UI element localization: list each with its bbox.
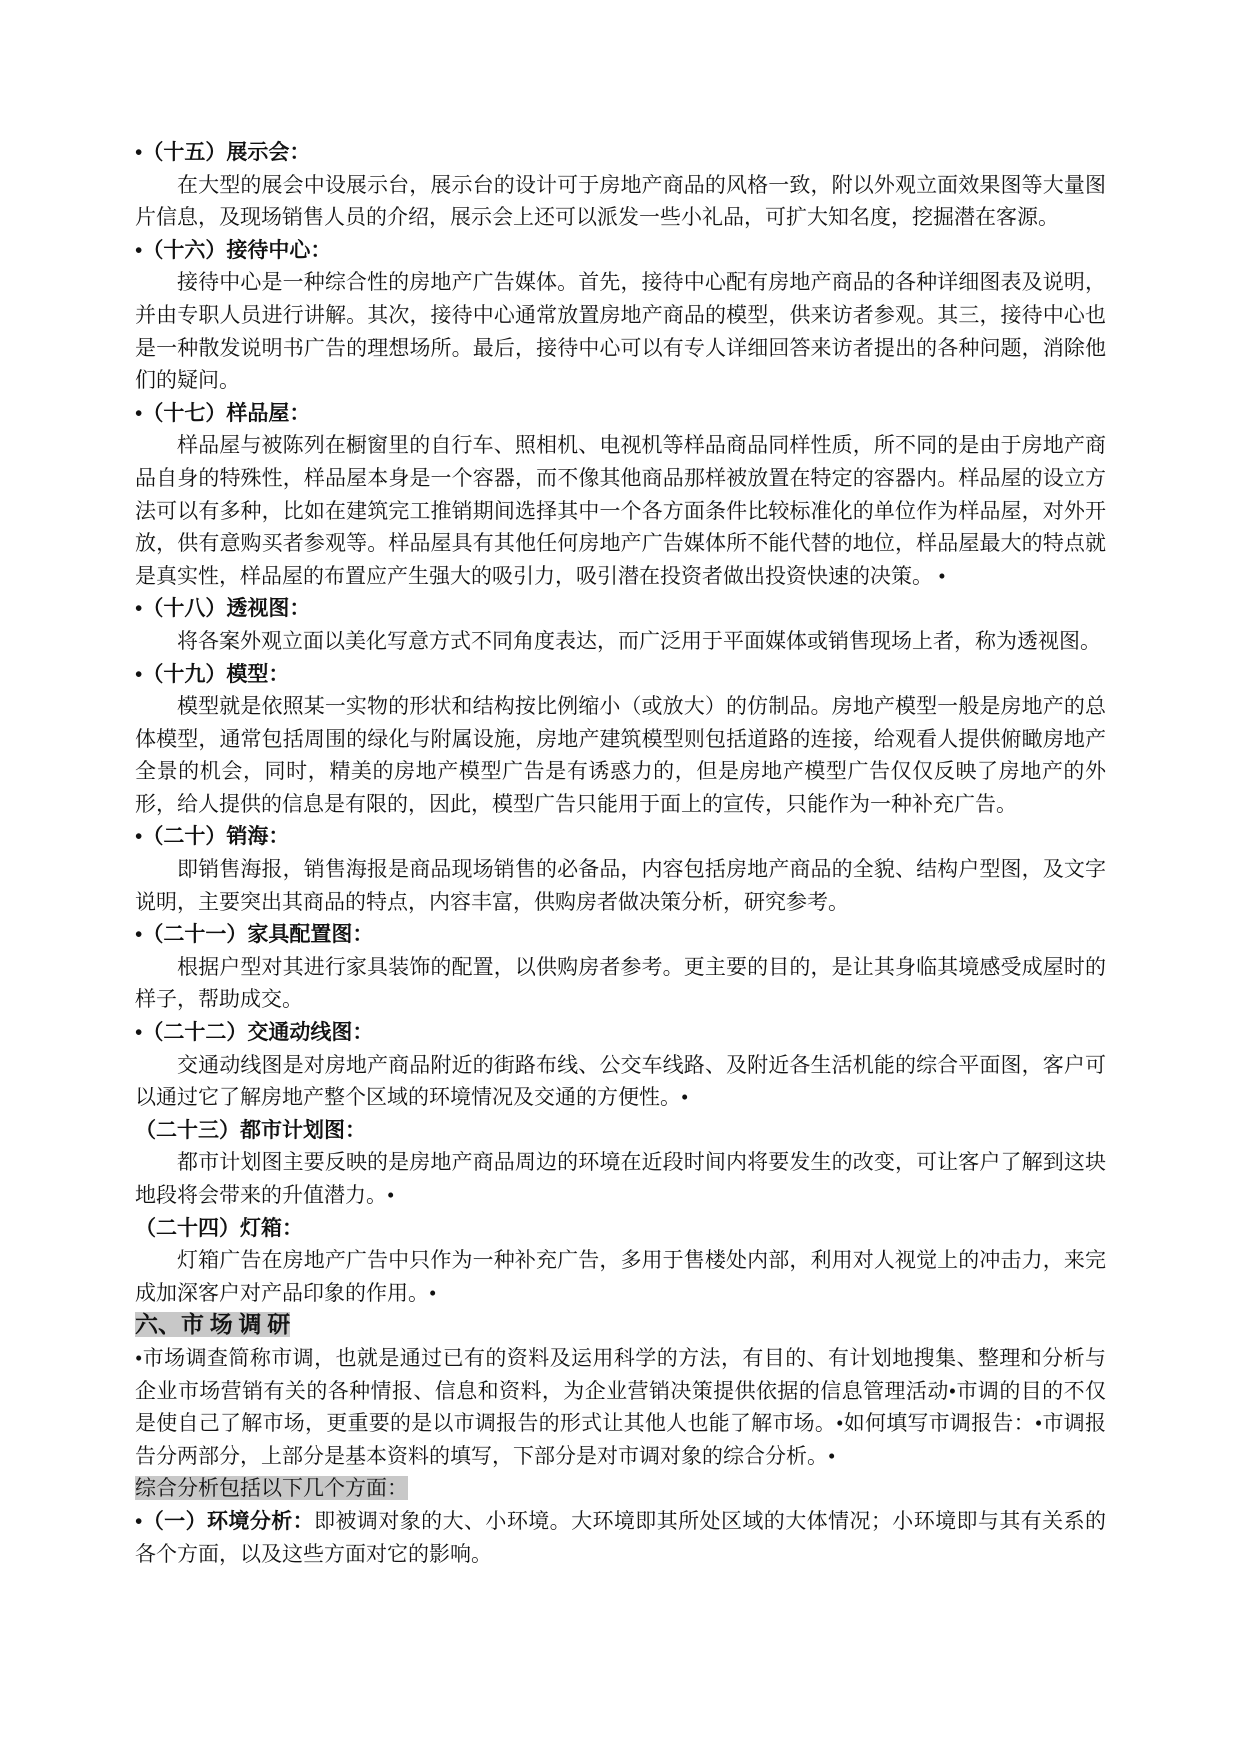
section-heading: （二十三）都市计划图： [135,1114,1106,1147]
section-heading: •（十八）透视图： [135,592,1106,625]
section-heading: •（十七）样品屋： [135,397,1106,430]
paragraph: 根据户型对其进行家具装饰的配置，以供购房者参考。更主要的目的，是让其身临其境感受… [135,951,1106,1016]
section-heading: •（十六）接待中心： [135,234,1106,267]
section-heading: •（二十二）交通动线图： [135,1016,1106,1049]
section-heading: （二十四）灯箱： [135,1212,1106,1245]
section-heading: •（二十）销海： [135,820,1106,853]
paragraph: 灯箱广告在房地产广告中只作为一种补充广告，多用于售楼处内部，利用对人视觉上的冲击… [135,1244,1106,1309]
paragraph: 都市计划图主要反映的是房地产商品周边的环境在近段时间内将要发生的改变，可让客户了… [135,1146,1106,1211]
paragraph: 交通动线图是对房地产商品附近的街路布线、公交车线路、及附近各生活机能的综合平面图… [135,1049,1106,1114]
paragraph: 即销售海报，销售海报是商品现场销售的必备品，内容包括房地产商品的全貌、结构户型图… [135,853,1106,918]
highlighted-line: 综合分析包括以下几个方面： [135,1472,1106,1505]
labeled-paragraph: •（一）环境分析：即被调对象的大、小环境。大环境即其所处区域的大体情况；小环境即… [135,1505,1106,1570]
highlighted-line-text: 综合分析包括以下几个方面： [135,1476,408,1500]
section-heading: •（二十一）家具配置图： [135,918,1106,951]
section-heading: •（十五）展示会： [135,136,1106,169]
paragraph: 样品屋与被陈列在橱窗里的自行车、照相机、电视机等样品商品同样性质，所不同的是由于… [135,429,1106,592]
paragraph: 将各案外观立面以美化写意方式不同角度表达，而广泛用于平面媒体或销售现场上者，称为… [135,625,1106,658]
paragraph: •市场调查简称市调，也就是通过已有的资料及运用科学的方法，有目的、有计划地搜集、… [135,1342,1106,1472]
chapter-title-text: 六、市 场 调 研 [135,1312,290,1337]
document-page: •（十五）展示会：在大型的展会中设展示台，展示台的设计可于房地产商品的风格一致，… [0,0,1241,1754]
document-body: •（十五）展示会：在大型的展会中设展示台，展示台的设计可于房地产商品的风格一致，… [135,136,1106,1570]
paragraph: 在大型的展会中设展示台，展示台的设计可于房地产商品的风格一致，附以外观立面效果图… [135,169,1106,234]
section-heading: •（十九）模型： [135,658,1106,691]
paragraph: 接待中心是一种综合性的房地产广告媒体。首先，接待中心配有房地产商品的各种详细图表… [135,266,1106,396]
chapter-title: 六、市 场 调 研 [135,1309,1106,1342]
paragraph: 模型就是依照某一实物的形状和结构按比例缩小（或放大）的仿制品。房地产模型一般是房… [135,690,1106,820]
paragraph-label: •（一）环境分析： [135,1509,314,1533]
